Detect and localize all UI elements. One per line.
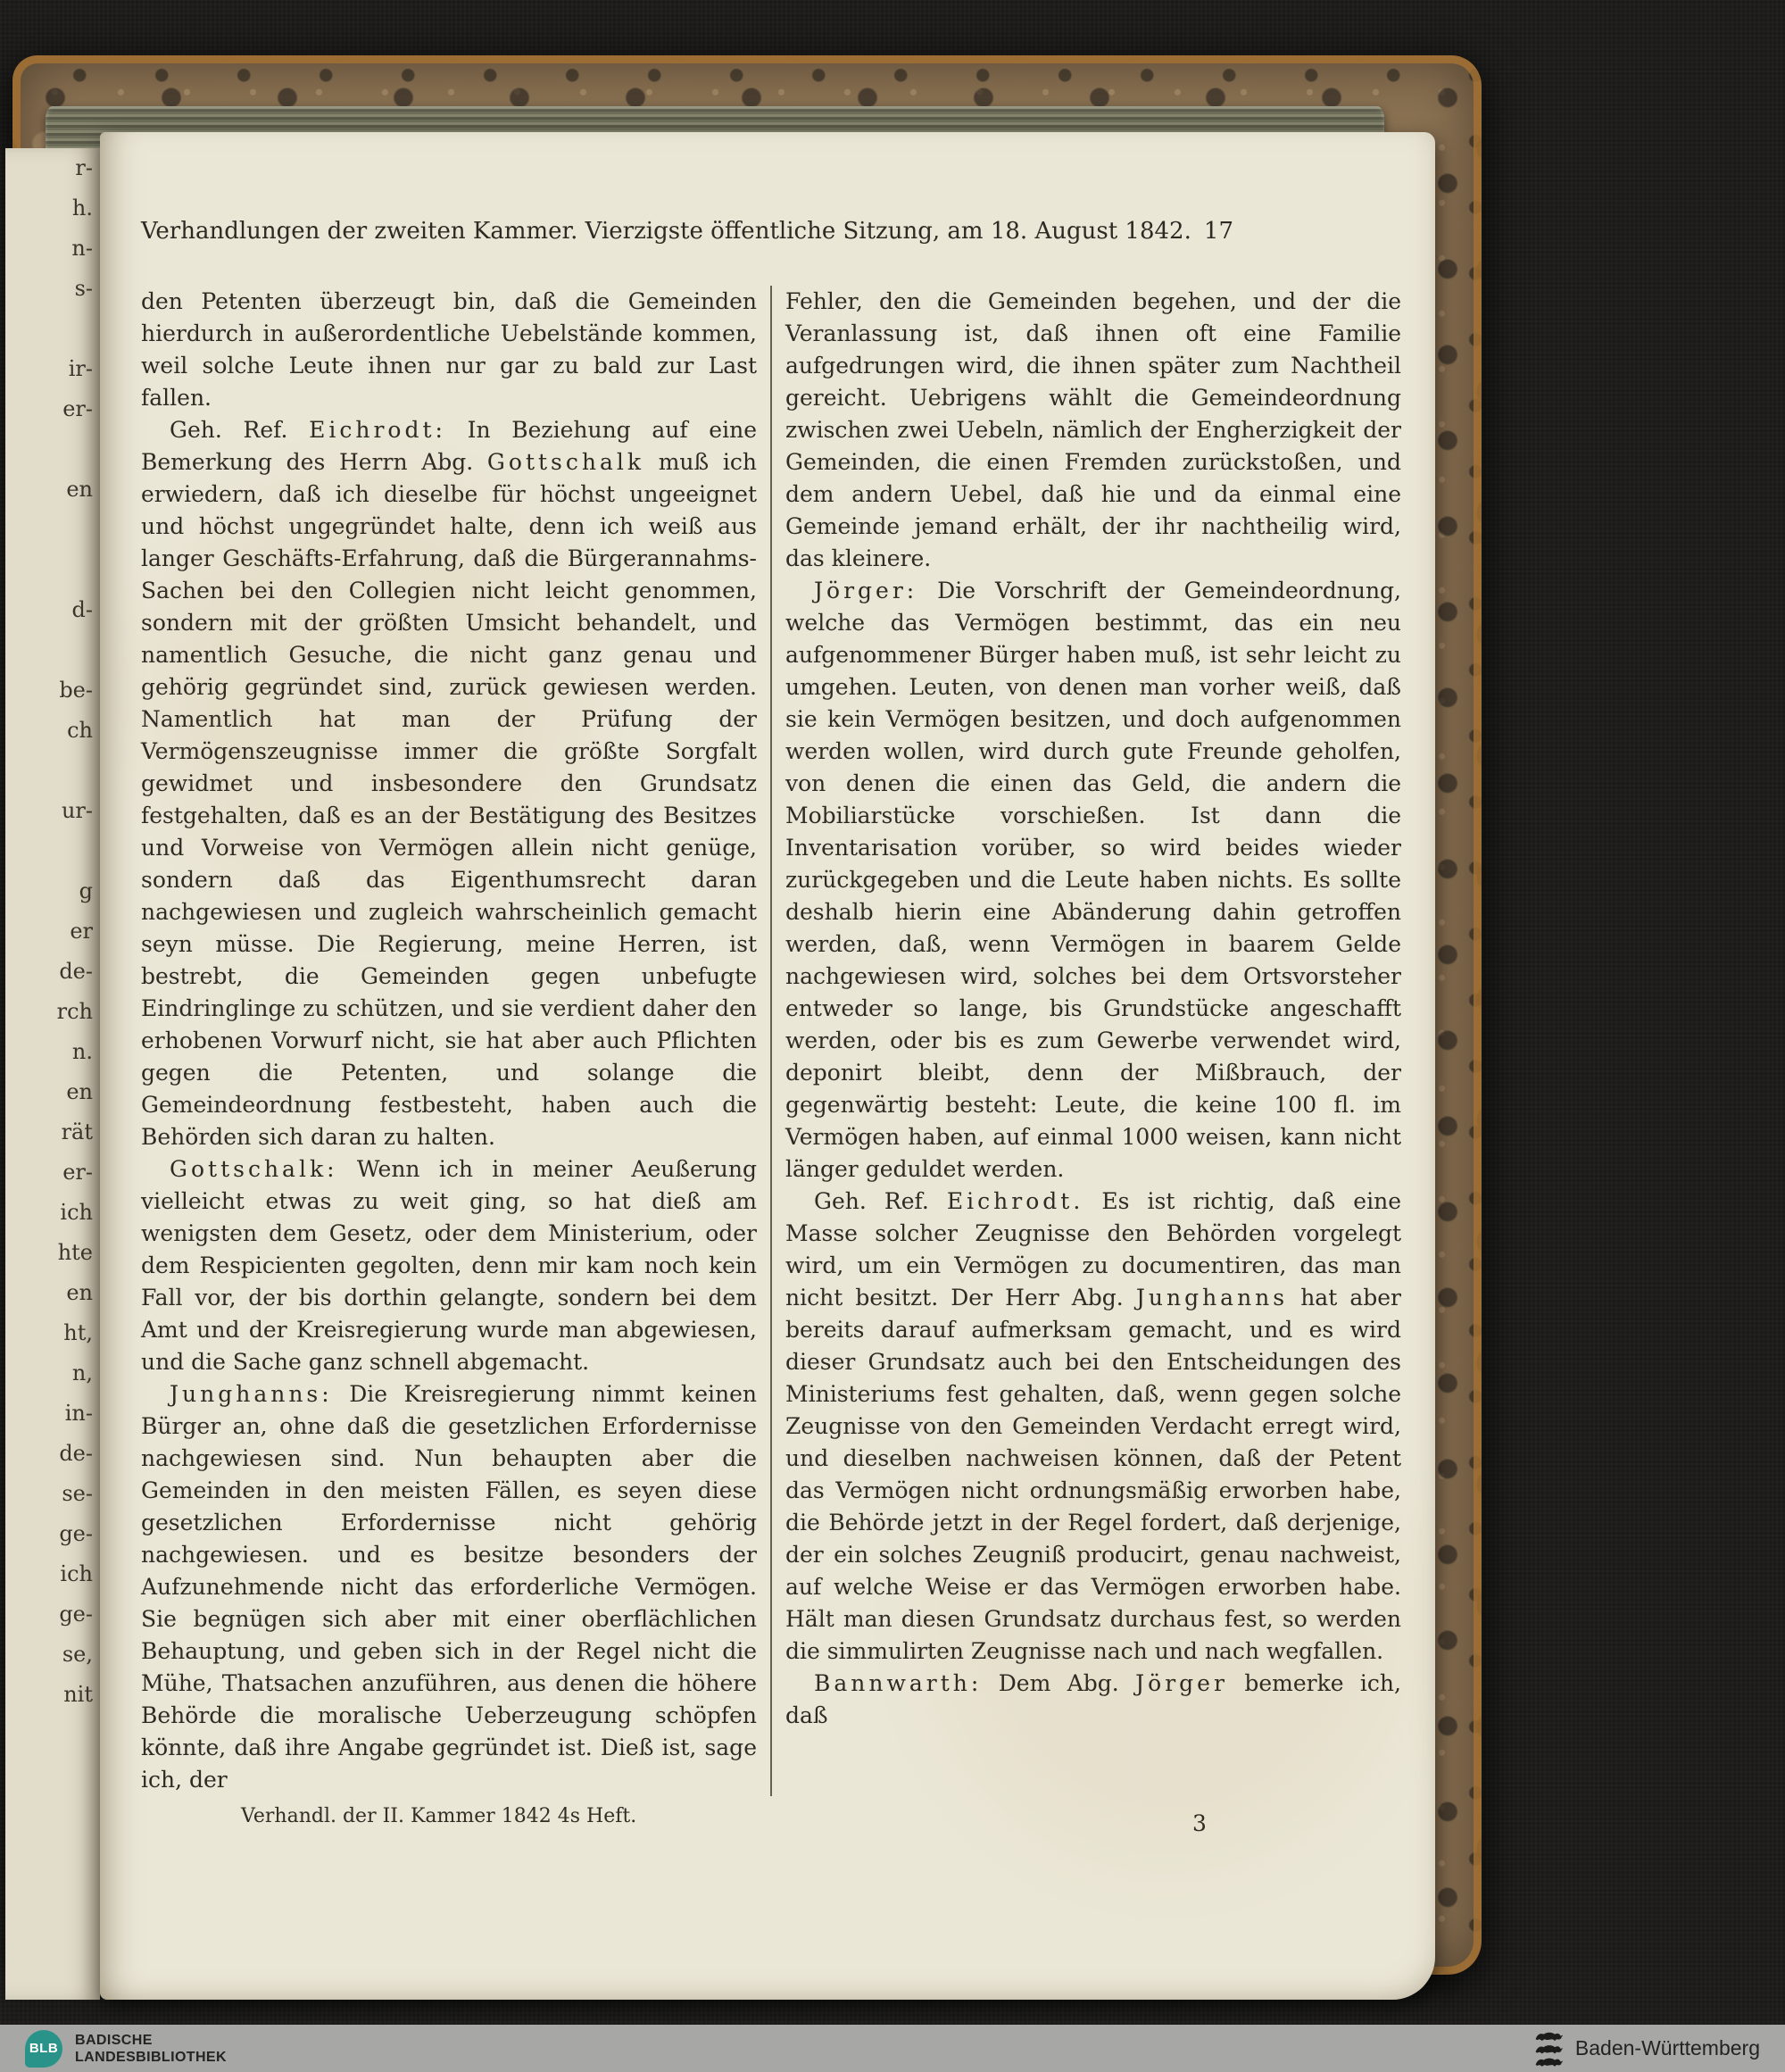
cutoff-text-fragment: ge- [5,1514,100,1554]
speaker-name: Eichrodt. [947,1188,1083,1214]
paragraph: Bannwarth: Dem Abg. Jörger bemerke ich, … [785,1668,1401,1732]
cutoff-text-fragment: de- [5,1434,100,1474]
paragraph: Gottschalk: Wenn ich in meiner Aeußerung… [141,1153,757,1378]
speech-text: muß ich erwiedern, daß ich dieselbe für … [141,449,757,1150]
page-content: Verhandlungen der zweiten Kammer. Vierzi… [100,132,1435,1841]
speech-text: Wenn ich in meiner Aeußerung vielleicht … [141,1156,757,1375]
cutoff-text-fragment [5,510,100,550]
speech-text: hat aber bereits darauf aufmerksam gemac… [785,1285,1401,1664]
cutoff-text-fragment [5,831,100,871]
baden-wuerttemberg-lions-icon [1532,2028,1565,2069]
paragraph: Geh. Ref. Eichrodt. Es ist richtig, daß … [785,1186,1401,1668]
speech-text: Die Kreisregierung nimmt keinen Bürger a… [141,1381,757,1793]
speaker-name: Gottschalk [487,449,644,475]
cutoff-text-fragment [5,550,100,590]
text-column-right: Fehler, den die Gemeinden begehen, und d… [770,286,1401,1796]
paragraph: Geh. Ref. Eichrodt: In Beziehung auf ein… [141,414,757,1153]
paragraph: Junghanns: Die Kreisregierung nimmt kein… [141,1378,757,1796]
speaker-name: Junghanns [1136,1285,1288,1311]
speech-text: Dem Abg. [982,1670,1135,1696]
speaker-name: Bannwarth: [814,1670,982,1696]
cutoff-text-fragment: er- [5,1152,100,1193]
cutoff-text-fragment: se- [5,1474,100,1514]
running-header: Verhandlungen der zweiten Kammer. Vierzi… [141,218,1401,254]
speaker-name: Eichrodt: [309,417,446,443]
cutoff-text-fragment: n. [5,1032,100,1072]
cutoff-text-fragment: d- [5,590,100,630]
cutoff-text-fragment: be- [5,670,100,711]
library-name-line1: BADISCHE [75,2032,227,2049]
cutoff-text-fragment: hte [5,1233,100,1273]
cutoff-text-fragment: in- [5,1394,100,1434]
page-number: 17 [1204,218,1233,245]
paragraph: Jörger: Die Vorschrift der Gemeindeordnu… [785,575,1401,1186]
cutoff-text-fragment [5,429,100,470]
cutoff-text-fragment: ur- [5,791,100,831]
cutoff-text-fragment: er- [5,389,100,429]
cutoff-text-fragment: r- [5,148,100,188]
cutoff-text-fragment: n- [5,229,100,269]
cutoff-text-fragment: de- [5,952,100,992]
cutoff-text-fragment: nit [5,1675,100,1715]
speaker-name: Jörger: [814,578,917,603]
speaker-name: Jörger [1135,1670,1228,1696]
cutoff-text-fragment: en [5,470,100,510]
volume-footer-note: Verhandl. der II. Kammer 1842 4s Heft. [241,1805,636,1827]
cutoff-text-fragment: h. [5,188,100,229]
cutoff-text-fragment: rät [5,1112,100,1152]
cutoff-text-fragment [5,751,100,791]
cutoff-text-fragment: ch [5,711,100,751]
sheet-signature: 3 [1192,1810,1207,1836]
speaker-name: Junghanns: [170,1381,333,1407]
speech-text: Geh. Ref. [814,1188,947,1214]
cutoff-text-fragment: ht, [5,1313,100,1353]
cutoff-text-fragment: en [5,1072,100,1112]
cutoff-text-fragment [5,309,100,349]
cutoff-text-fragment: ir- [5,349,100,389]
speech-text: den Petenten überzeugt bin, daß die Geme… [141,288,757,411]
speech-text: Fehler, den die Gemeinden begehen, und d… [785,288,1401,571]
blb-logo-text: BLB [29,2041,58,2056]
text-column-left: den Petenten überzeugt bin, daß die Geme… [141,286,770,1796]
speech-text: Geh. Ref. [170,417,309,443]
previous-page-sliver: r-h.n-s- ir-er- en d- be-ch ur- gerde-rc… [5,148,100,2000]
cutoff-text-fragment: se, [5,1635,100,1675]
library-name-line2: LANDESBIBLIOTHEK [75,2049,227,2066]
cutoff-text-fragment: ich [5,1554,100,1594]
page-footer: Verhandl. der II. Kammer 1842 4s Heft. 3 [141,1805,1401,1841]
library-name: BADISCHE LANDESBIBLIOTHEK [75,2032,227,2066]
library-viewer-bar: BLB BADISCHE LANDESBIBLIOTHEK Baden-Würt… [0,2025,1785,2072]
paragraph: Fehler, den die Gemeinden begehen, und d… [785,286,1401,575]
cutoff-text-fragment: g [5,871,100,911]
text-columns: den Petenten überzeugt bin, daß die Geme… [141,286,1401,1796]
running-header-title: Verhandlungen der zweiten Kammer. Vierzi… [141,218,1191,245]
cutoff-text-fragment: ge- [5,1594,100,1635]
speech-text: Die Vorschrift der Gemeindeordnung, welc… [785,578,1401,1182]
cutoff-text-fragment: n, [5,1353,100,1394]
cutoff-text-fragment: ich [5,1193,100,1233]
state-name: Baden-Württemberg [1575,2036,1760,2060]
cutoff-text-fragment: en [5,1273,100,1313]
speaker-name: Gottschalk: [170,1156,338,1182]
scanned-page: Verhandlungen der zweiten Kammer. Vierzi… [100,132,1435,2000]
cutoff-text-fragment [5,630,100,670]
paragraph: den Petenten überzeugt bin, daß die Geme… [141,286,757,414]
cutoff-text-fragment: rch [5,992,100,1032]
cutoff-text-fragment: s- [5,269,100,309]
cutoff-text-fragment: er [5,911,100,952]
blb-logo-icon: BLB [25,2030,62,2068]
